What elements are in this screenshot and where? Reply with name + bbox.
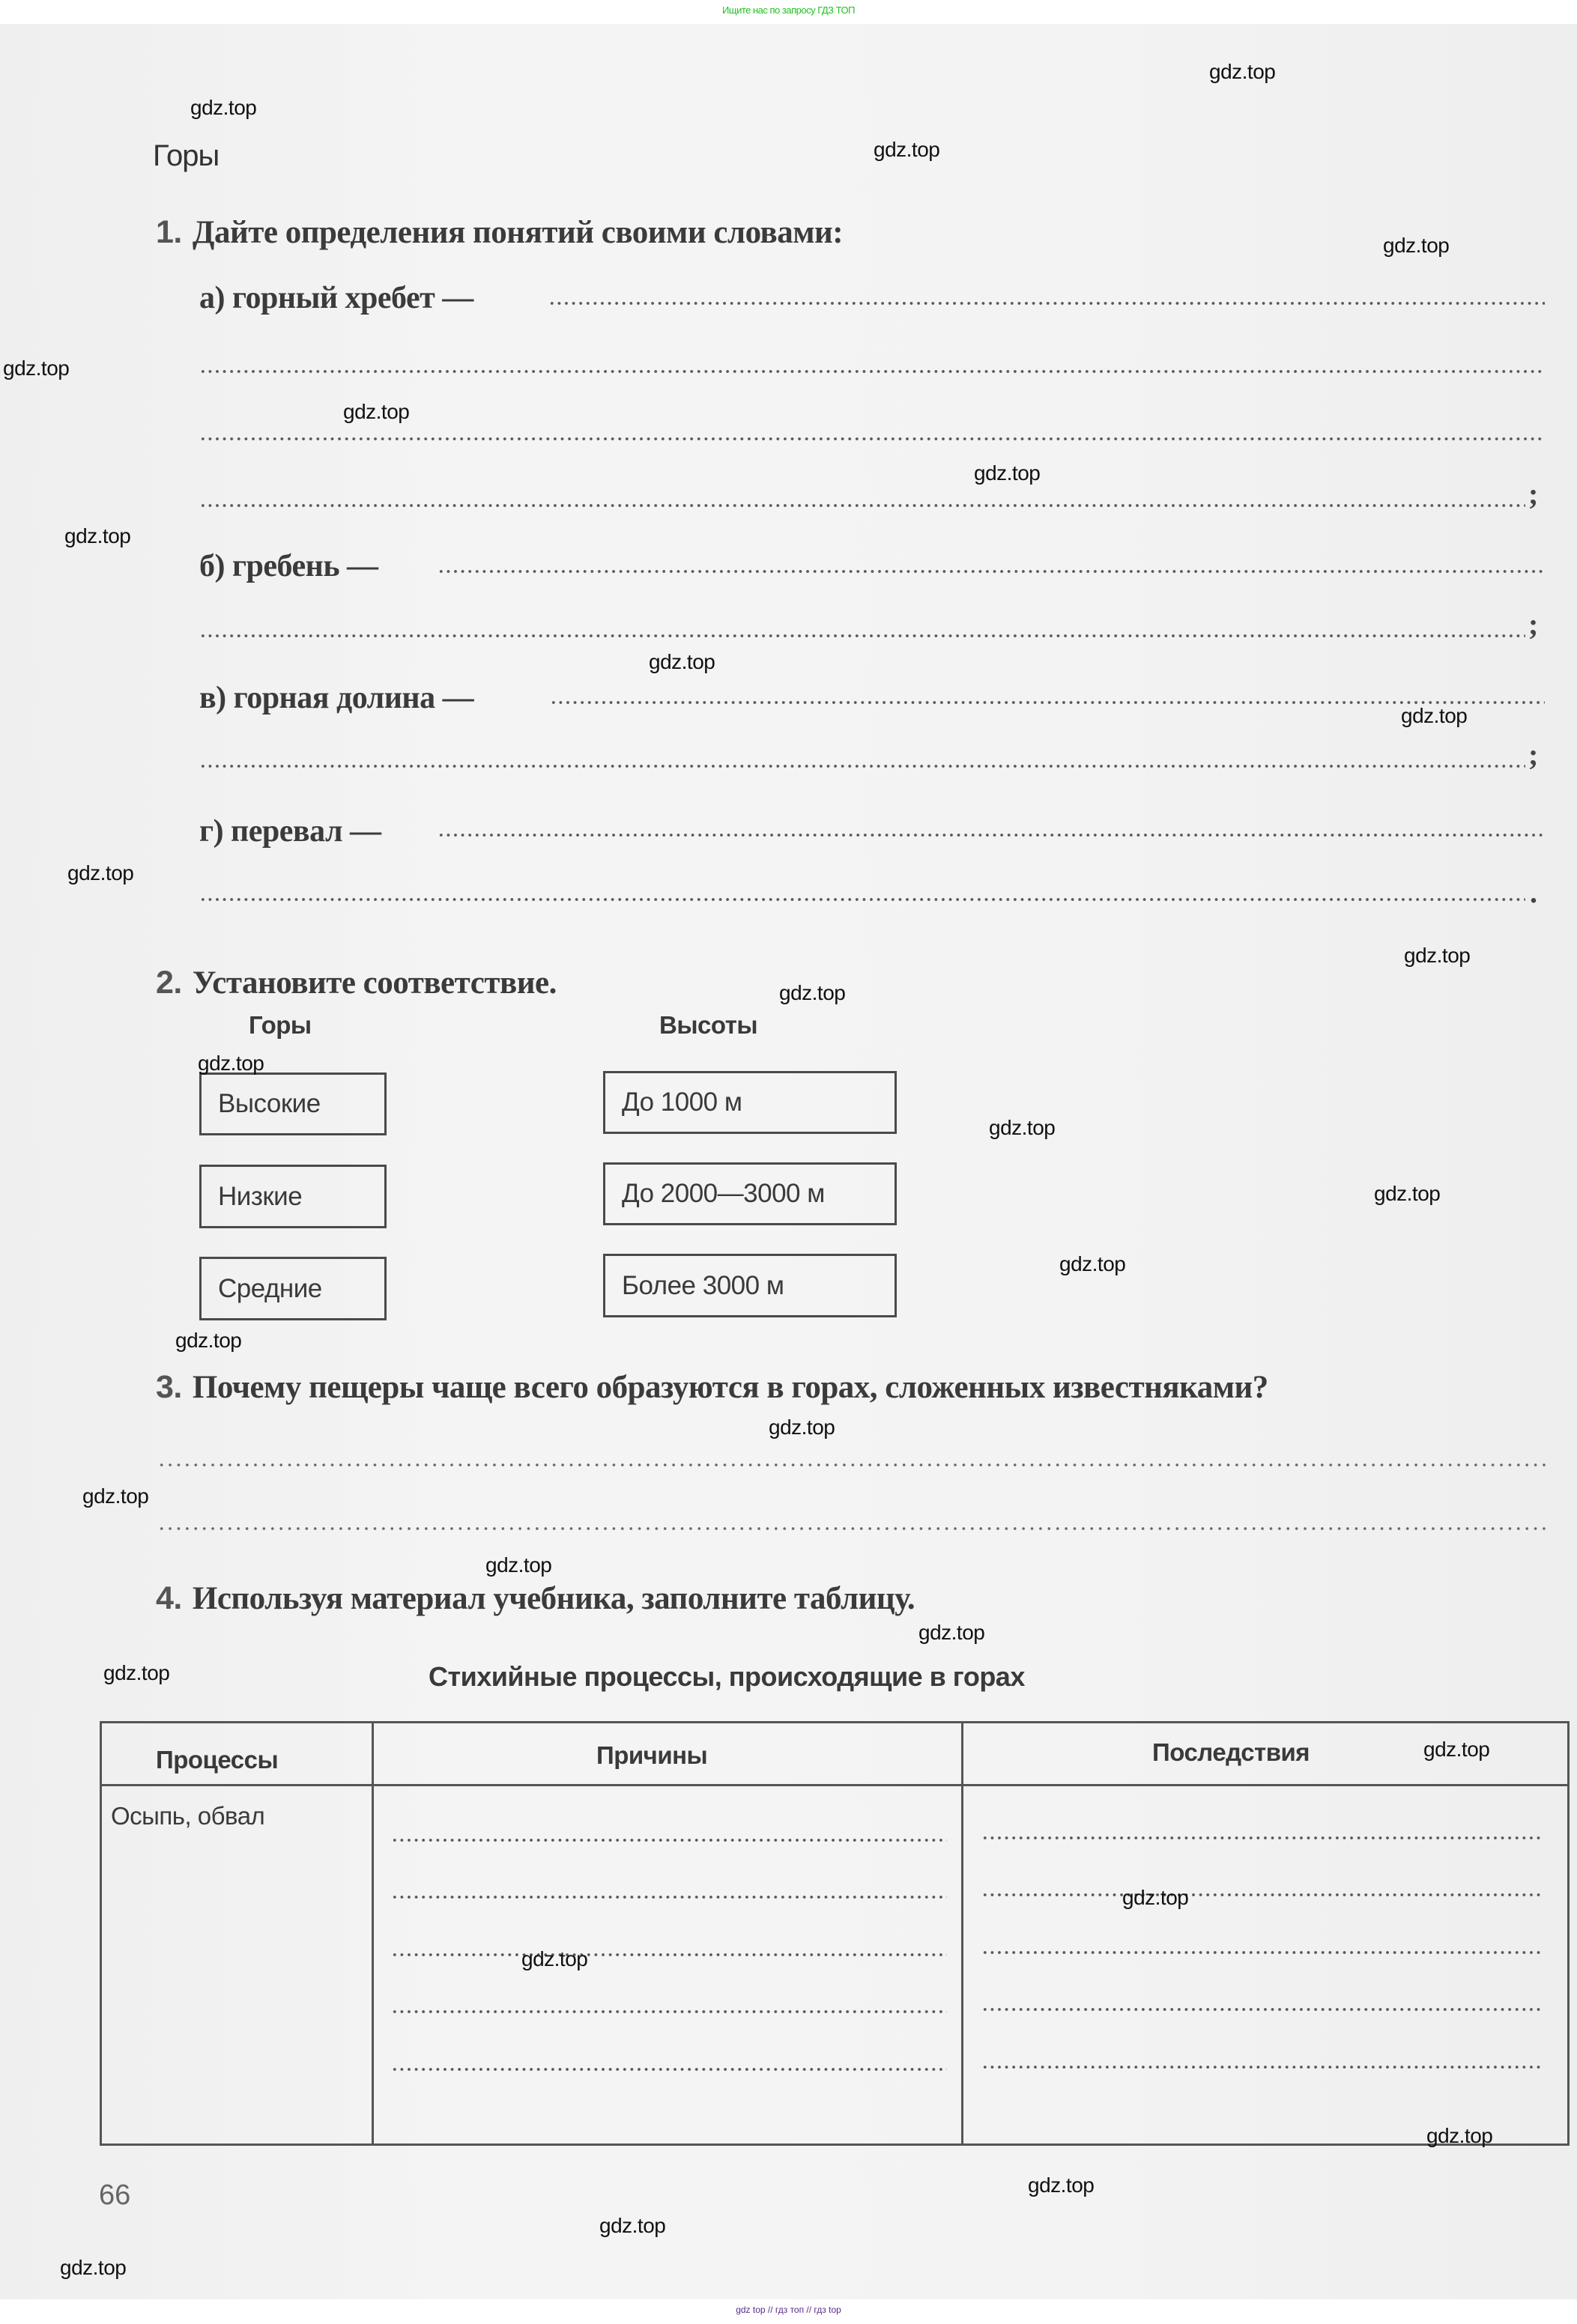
watermark-text: gdz.top: [64, 524, 130, 548]
watermark-text: gdz.top: [599, 2214, 665, 2238]
watermark-text: gdz.top: [1383, 234, 1449, 258]
answer-line-1b-2[interactable]: [199, 634, 1525, 638]
match-right-item-3000[interactable]: Более 3000 м: [603, 1254, 897, 1317]
watermark-text: gdz.top: [67, 861, 133, 885]
table-cell-process: Осыпь, обвал: [111, 1802, 264, 1830]
watermark-text: gdz.top: [60, 2256, 126, 2280]
watermark-text: gdz.top: [1426, 2124, 1492, 2148]
watermark-text: gdz.top: [1028, 2173, 1094, 2197]
task-4-heading: 4.Используя материал учебника, заполните…: [156, 1580, 915, 1617]
match-right-item-label: До 1000 м: [622, 1087, 742, 1117]
watermark-text: gdz.top: [874, 138, 939, 162]
task-1-item-d-label: г) перевал —: [199, 813, 381, 849]
task-1-item-b-label: б) гребень —: [199, 548, 378, 584]
watermark-text: gdz.top: [1209, 60, 1275, 84]
watermark-text: gdz.top: [918, 1621, 984, 1645]
match-right-item-label: Более 3000 м: [622, 1271, 784, 1301]
task-1-number: 1.: [156, 214, 182, 250]
line-end-semicolon-2: ;: [1528, 607, 1538, 642]
watermark-text: gdz.top: [1401, 704, 1467, 728]
task-3-heading: 3.Почему пещеры чаще всего образуются в …: [156, 1369, 1268, 1406]
page-number: 66: [99, 2179, 130, 2212]
watermark-text: gdz.top: [1374, 1182, 1440, 1206]
match-left-header: Горы: [249, 1011, 312, 1040]
task-4-number: 4.: [156, 1580, 182, 1616]
processes-table: Процессы Причины Последствия Осыпь, обва…: [100, 1721, 1570, 2146]
answer-line-3-2[interactable]: [157, 1526, 1549, 1531]
watermark-text: gdz.top: [485, 1553, 551, 1577]
watermark-text: gdz.top: [1404, 944, 1470, 968]
watermark-text: gdz.top: [1122, 1886, 1188, 1910]
match-left-item-label: Низкие: [218, 1182, 302, 1212]
match-left-item-label: Средние: [218, 1274, 322, 1304]
task-3-text: Почему пещеры чаще всего образуются в го…: [193, 1370, 1268, 1405]
watermark-text: gdz.top: [3, 357, 69, 380]
task-2-text: Установите соответствие.: [193, 965, 557, 1001]
task-1-heading: 1.Дайте определения понятий своими слова…: [156, 214, 843, 251]
column-divider: [961, 1723, 963, 2144]
watermark-text: gdz.top: [343, 400, 409, 424]
answer-line-1a-2[interactable]: [199, 369, 1545, 374]
answer-line-1c-2[interactable]: [199, 764, 1525, 768]
answer-line-1d-2[interactable]: [199, 897, 1525, 902]
watermark-text: gdz.top: [1059, 1252, 1125, 1276]
answer-line-1a-3[interactable]: [199, 437, 1545, 441]
task-2-heading: 2.Установите соответствие.: [156, 965, 557, 1001]
answer-line-1a-4[interactable]: [199, 503, 1525, 508]
match-right-item-2000-3000[interactable]: До 2000—3000 м: [603, 1162, 897, 1225]
watermark-text: gdz.top: [769, 1416, 835, 1439]
match-right-header: Высоты: [659, 1011, 757, 1040]
watermark-text: gdz.top: [1423, 1738, 1489, 1762]
column-divider: [372, 1723, 374, 2144]
match-left-item-high[interactable]: Высокие: [199, 1073, 387, 1135]
watermark-text: gdz.top: [974, 461, 1040, 485]
column-header-causes: Причины: [596, 1741, 707, 1770]
watermark-text: gdz.top: [190, 96, 256, 120]
watermark-text: gdz.top: [103, 1661, 169, 1685]
match-left-item-low[interactable]: Низкие: [199, 1165, 387, 1228]
match-right-item-label: До 2000—3000 м: [622, 1179, 825, 1209]
task-4-text: Используя материал учебника, заполните т…: [193, 1581, 915, 1616]
task-1-item-a-label: а) горный хребет —: [199, 280, 473, 316]
watermark-text: gdz.top: [198, 1052, 264, 1075]
watermark-text: gdz.top: [175, 1329, 241, 1353]
watermark-text: gdz.top: [989, 1116, 1055, 1140]
causes-line-2[interactable]: [391, 1895, 947, 1899]
causes-line-3[interactable]: [391, 1953, 947, 1957]
task-2-number: 2.: [156, 965, 182, 1001]
topic-title: Горы: [153, 139, 219, 173]
answer-line-1c-1[interactable]: [550, 700, 1545, 705]
column-header-processes: Процессы: [156, 1746, 278, 1774]
watermark-text: gdz.top: [82, 1484, 148, 1508]
consequences-line-5[interactable]: [981, 2065, 1543, 2069]
watermark-text: gdz.top: [521, 1947, 587, 1971]
line-end-semicolon-1: ;: [1528, 476, 1538, 512]
task-3-number: 3.: [156, 1369, 182, 1405]
match-left-item-label: Высокие: [218, 1089, 321, 1119]
causes-line-5[interactable]: [391, 2067, 947, 2072]
match-left-item-medium[interactable]: Средние: [199, 1257, 387, 1320]
consequences-line-1[interactable]: [981, 1836, 1543, 1840]
causes-line-1[interactable]: [391, 1838, 947, 1842]
column-header-consequences: Последствия: [1152, 1738, 1310, 1767]
answer-line-3-1[interactable]: [157, 1463, 1549, 1467]
answer-line-1b-1[interactable]: [438, 569, 1545, 574]
answer-line-1a-1[interactable]: [548, 301, 1545, 306]
table-title: Стихийные процессы, происходящие в горах: [429, 1661, 1025, 1693]
consequences-line-4[interactable]: [981, 2007, 1543, 2012]
consequences-line-2[interactable]: [981, 1893, 1543, 1897]
answer-line-1d-1[interactable]: [438, 833, 1545, 837]
line-end-semicolon-3: ;: [1528, 737, 1538, 772]
consequences-line-3[interactable]: [981, 1950, 1543, 1955]
header-ad-text: Ищите нас по запросу ГДЗ ТОП: [0, 4, 1577, 16]
line-end-period: .: [1530, 875, 1537, 910]
watermark-text: gdz.top: [779, 981, 845, 1005]
causes-line-4[interactable]: [391, 2009, 947, 2014]
footer-ad-text: gdz top // гдз топ // гдз top: [0, 2305, 1577, 2315]
match-right-item-1000[interactable]: До 1000 м: [603, 1071, 897, 1134]
task-1-item-c-label: в) горная долина —: [199, 680, 473, 716]
watermark-text: gdz.top: [649, 650, 715, 674]
header-row-divider: [102, 1784, 1567, 1786]
task-1-text: Дайте определения понятий своими словами…: [193, 215, 843, 250]
